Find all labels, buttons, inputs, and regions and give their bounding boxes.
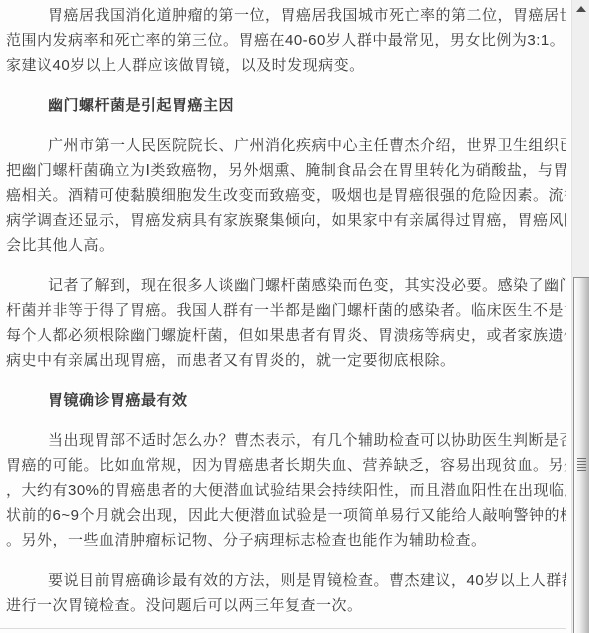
text-line: 状前的6~9个月就会出现，因此大便潜血试验是一项简单易行又能给人敲响警钟的检查: [6, 503, 566, 528]
scrollbar-gripper-icon: [577, 458, 586, 471]
text-line: 癌相关。酒精可使黏膜细胞发生改变而致癌变，吸烟也是胃癌很强的危险因素。流行: [6, 183, 566, 208]
section-heading: 胃镜确诊胃癌最有效: [6, 388, 566, 413]
scroll-up-button[interactable]: [572, 2, 589, 16]
text-line: 病学调查还显示，胃癌发病具有家族聚集倾向，如果家中有亲属得过胃癌，胃癌风险: [6, 208, 566, 233]
scrollbar-thumb[interactable]: [573, 277, 589, 633]
paragraph: 记者了解到，现在很多人谈幽门螺杆菌感染而色变，其实没必要。感染了幽门螺杆菌并非等…: [6, 273, 566, 373]
text-line: 要说目前胃癌确诊最有效的方法，则是胃镜检查。曹杰建议，40岁以上人群都应: [6, 568, 566, 593]
article: 胃癌居我国消化道肿瘤的第一位，胃癌居我国城市死亡率的第二位，胃癌居世界范围内发病…: [6, 3, 566, 633]
text-line: 胃癌居我国消化道肿瘤的第一位，胃癌居我国城市死亡率的第二位，胃癌居世界: [6, 3, 566, 28]
text-line: 广州市第一人民医院院长、广州消化疾病中心主任曹杰介绍，世界卫生组织已经: [6, 133, 566, 158]
scroll-up-icon: [576, 6, 586, 12]
text-line: 进行一次胃镜检查。没问题后可以两三年复查一次。: [6, 593, 566, 618]
paragraph: 广州市第一人民医院院长、广州消化疾病中心主任曹杰介绍，世界卫生组织已经把幽门螺杆…: [6, 133, 566, 258]
paragraph: 当出现胃部不适时怎么办？曹杰表示，有几个辅助检查可以协助医生判断是否有胃癌的可能…: [6, 428, 566, 553]
text-line: 胃癌的可能。比如血常规，因为胃癌患者长期失血、营养缺乏，容易出现贫血。另外: [6, 453, 566, 478]
text-line: 当出现胃部不适时怎么办？曹杰表示，有几个辅助检查可以协助医生判断是否有: [6, 428, 566, 453]
paragraph: 胃癌居我国消化道肿瘤的第一位，胃癌居我国城市死亡率的第二位，胃癌居世界范围内发病…: [6, 3, 566, 78]
text-line: 胃镜确诊胃癌最有效: [6, 388, 566, 413]
text-line: 家建议40岁以上人群应该做胃镜，以及时发现病变。: [6, 53, 566, 78]
text-line: 杆菌并非等于得了胃癌。我国人群有一半都是幽门螺杆菌的感染者。临床医生不是让: [6, 298, 566, 323]
bottom-divider: [0, 628, 566, 629]
text-line: 病史中有亲属出现胃癌，而患者又有胃炎的，就一定要彻底根除。: [6, 348, 566, 373]
vertical-scrollbar[interactable]: [571, 0, 589, 633]
text-line: 幽门螺杆菌是引起胃癌主因: [6, 93, 566, 118]
text-line: ，大约有30%的胃癌患者的大便潜血试验结果会持续阳性，而且潜血阳性在出现临床症: [6, 478, 566, 503]
text-line: 会比其他人高。: [6, 233, 566, 258]
text-line: 把幽门螺杆菌确立为Ⅰ类致癌物，另外烟熏、腌制食品会在胃里转化为硝酸盐，与胃: [6, 158, 566, 183]
text-line: 。另外，一些血清肿瘤标记物、分子病理标志检查也能作为辅助检查。: [6, 528, 566, 553]
section-heading: 幽门螺杆菌是引起胃癌主因: [6, 93, 566, 118]
text-line: 每个人都必须根除幽门螺旋杆菌，但如果患者有胃炎、胃溃疡等病史，或者家族遗传: [6, 323, 566, 348]
text-line: 范围内发病率和死亡率的第三位。胃癌在40-60岁人群中最常见，男女比例为3:1。…: [6, 28, 566, 53]
text-line: 记者了解到，现在很多人谈幽门螺杆菌感染而色变，其实没必要。感染了幽门螺: [6, 273, 566, 298]
paragraph: 要说目前胃癌确诊最有效的方法，则是胃镜检查。曹杰建议，40岁以上人群都应进行一次…: [6, 568, 566, 618]
